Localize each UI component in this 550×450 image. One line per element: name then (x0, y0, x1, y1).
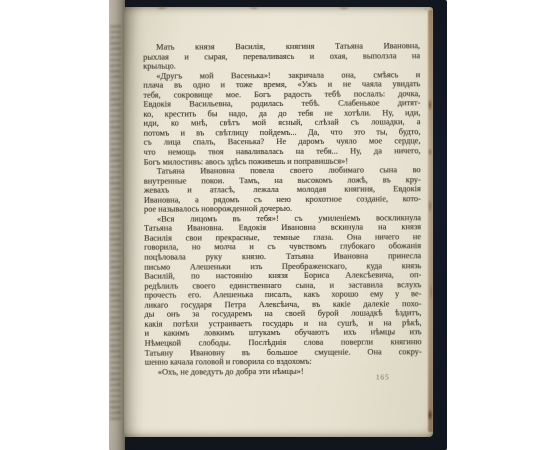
text-line: рыхлая и сырая, переваливаясь и охая, вы… (143, 51, 420, 62)
paragraph: Мать князя Василія, княгиня Татьяна Иван… (143, 41, 420, 71)
paragraph: Татьяна Ивановна повела своего любимаго … (144, 165, 421, 214)
page-number: 165 (376, 372, 390, 381)
text-line: что немощь твоя наваливалась на тебя... … (144, 146, 421, 157)
text-block: Мать князя Василія, княгиня Татьяна Иван… (143, 41, 422, 377)
book-photo: Мать князя Василія, княгиня Татьяна Иван… (109, 0, 447, 450)
page-content: Мать князя Василія, княгиня Татьяна Иван… (123, 6, 434, 438)
paragraph: «Вся лицомъ въ тебя»! съ умиленіемъ воск… (144, 213, 422, 367)
blurred-facing-text (110, 22, 121, 422)
paragraph: «Другъ мой Васенька»! закричала она, смѣ… (143, 70, 420, 167)
book-page: Мать князя Василія, княгиня Татьяна Иван… (124, 7, 433, 437)
screenshot-canvas: Мать князя Василія, княгиня Татьяна Иван… (0, 0, 550, 450)
